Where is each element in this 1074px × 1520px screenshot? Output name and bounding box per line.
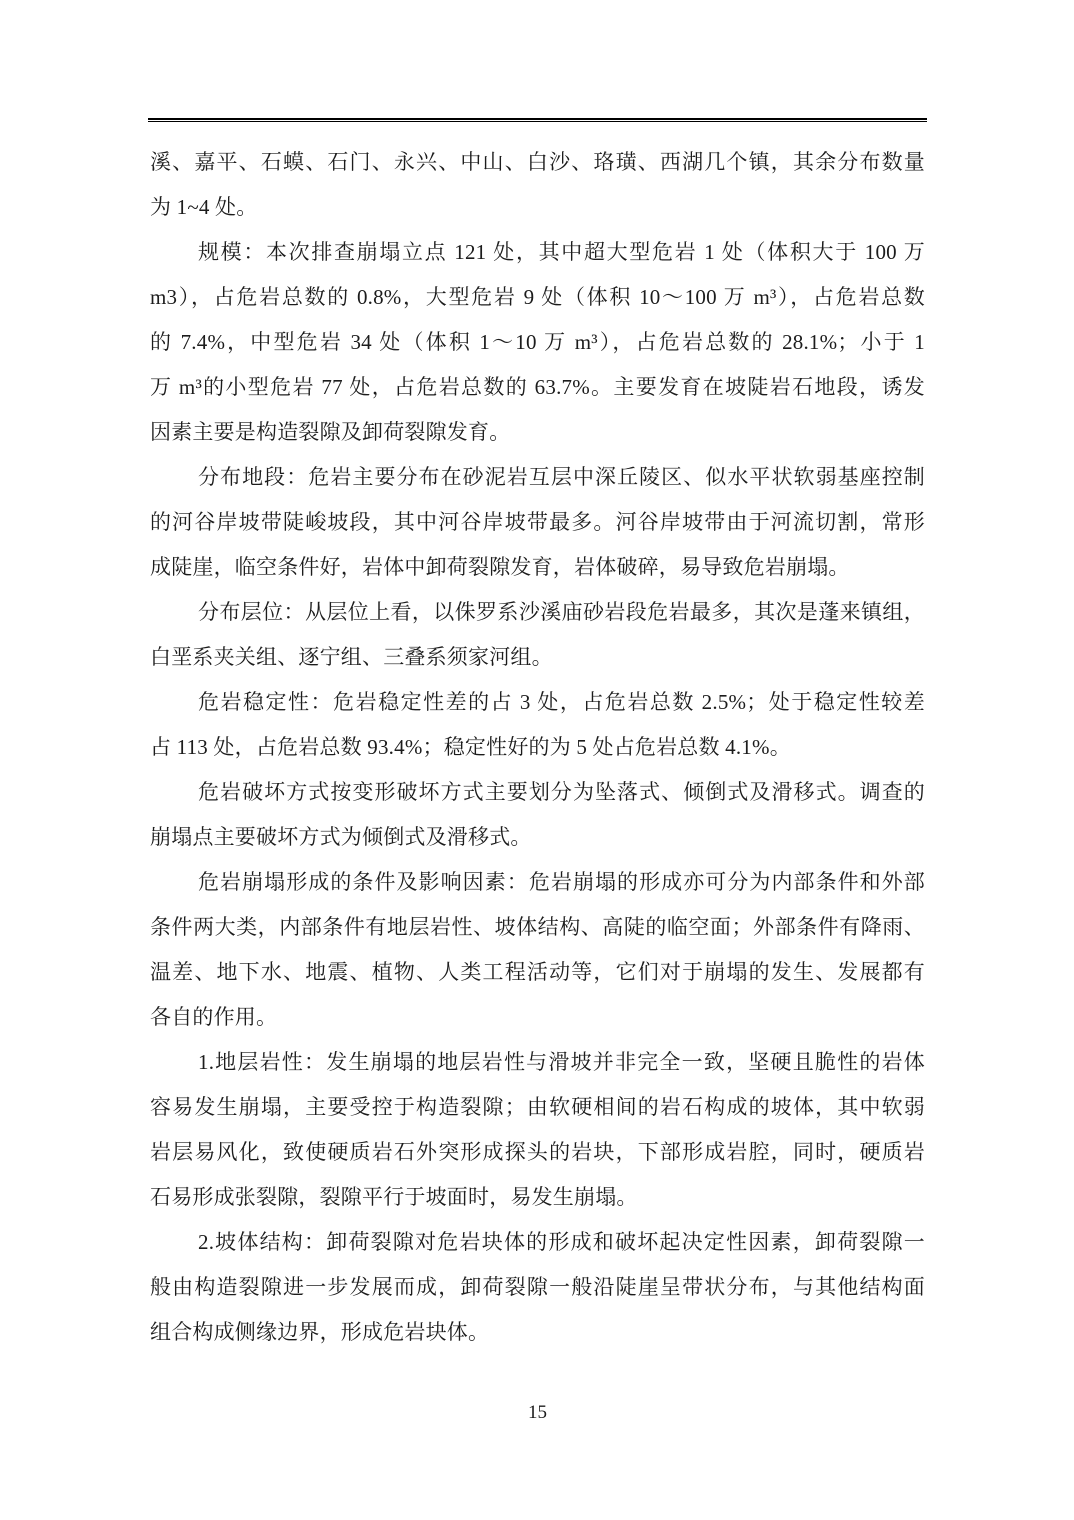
text-line: 分布层位：从层位上看，以侏罗系沙溪庙砂岩段危岩最多，其次是蓬来镇组， — [150, 590, 925, 635]
text-line: 因素主要是构造裂隙及卸荷裂隙发育。 — [150, 410, 925, 455]
text-line: 条件两大类，内部条件有地层岩性、坡体结构、高陡的临空面；外部条件有降雨、 — [150, 905, 925, 950]
text-line: 容易发生崩塌，主要受控于构造裂隙；由软硬相间的岩石构成的坡体，其中软弱 — [150, 1085, 925, 1130]
text-line: 般由构造裂隙进一步发展而成，卸荷裂隙一般沿陡崖呈带状分布，与其他结构面 — [150, 1265, 925, 1310]
text-line: 2.坡体结构：卸荷裂隙对危岩块体的形成和破坏起决定性因素，卸荷裂隙一 — [150, 1220, 925, 1265]
text-line: 为 1~4 处。 — [150, 185, 925, 230]
text-line: 岩层易风化，致使硬质岩石外突形成探头的岩块，下部形成岩腔，同时，硬质岩 — [150, 1130, 925, 1175]
text-line: 的河谷岸坡带陡峻坡段，其中河谷岸坡带最多。河谷岸坡带由于河流切割，常形 — [150, 500, 925, 545]
text-line: 危岩崩塌形成的条件及影响因素：危岩崩塌的形成亦可分为内部条件和外部 — [150, 860, 925, 905]
text-line: 白垩系夹关组、逐宁组、三叠系须家河组。 — [150, 635, 925, 680]
text-line: 占 113 处，占危岩总数 93.4%；稳定性好的为 5 处占危岩总数 4.1%… — [150, 725, 925, 770]
text-line: 1.地层岩性：发生崩塌的地层岩性与滑坡并非完全一致，坚硬且脆性的岩体 — [150, 1040, 925, 1085]
text-line: 溪、嘉平、石蟆、石门、永兴、中山、白沙、珞璜、西湖几个镇，其余分布数量 — [150, 140, 925, 185]
text-line: 的 7.4%，中型危岩 34 处（体积 1～10 万 m³），占危岩总数的 28… — [150, 320, 925, 365]
page-number: 15 — [528, 1402, 547, 1423]
text-line: 成陡崖，临空条件好，岩体中卸荷裂隙发育，岩体破碎，易导致危岩崩塌。 — [150, 545, 925, 590]
text-line: 危岩稳定性：危岩稳定性差的占 3 处，占危岩总数 2.5%；处于稳定性较差 — [150, 680, 925, 725]
text-line: 规模：本次排查崩塌立点 121 处，其中超大型危岩 1 处（体积大于 100 万 — [150, 230, 925, 275]
text-line: 分布地段：危岩主要分布在砂泥岩互层中深丘陵区、似水平状软弱基座控制 — [150, 455, 925, 500]
text-line: 崩塌点主要破坏方式为倾倒式及滑移式。 — [150, 815, 925, 860]
text-line: 组合构成侧缘边界，形成危岩块体。 — [150, 1310, 925, 1355]
header-rule — [148, 118, 927, 122]
document-page: 溪、嘉平、石蟆、石门、永兴、中山、白沙、珞璜、西湖几个镇，其余分布数量为 1~4… — [0, 0, 1074, 1520]
text-line: 危岩破坏方式按变形破坏方式主要划分为坠落式、倾倒式及滑移式。调查的 — [150, 770, 925, 815]
text-line: 石易形成张裂隙，裂隙平行于坡面时，易发生崩塌。 — [150, 1175, 925, 1220]
text-line: 温差、地下水、地震、植物、人类工程活动等，它们对于崩塌的发生、发展都有 — [150, 950, 925, 995]
page-footer: 15 — [150, 1390, 925, 1435]
body-text: 溪、嘉平、石蟆、石门、永兴、中山、白沙、珞璜、西湖几个镇，其余分布数量为 1~4… — [150, 140, 925, 1355]
text-line: 各自的作用。 — [150, 995, 925, 1040]
text-line: 万 m³的小型危岩 77 处，占危岩总数的 63.7%。主要发育在坡陡岩石地段，… — [150, 365, 925, 410]
text-line: m3），占危岩总数的 0.8%，大型危岩 9 处（体积 10～100 万 m³）… — [150, 275, 925, 320]
